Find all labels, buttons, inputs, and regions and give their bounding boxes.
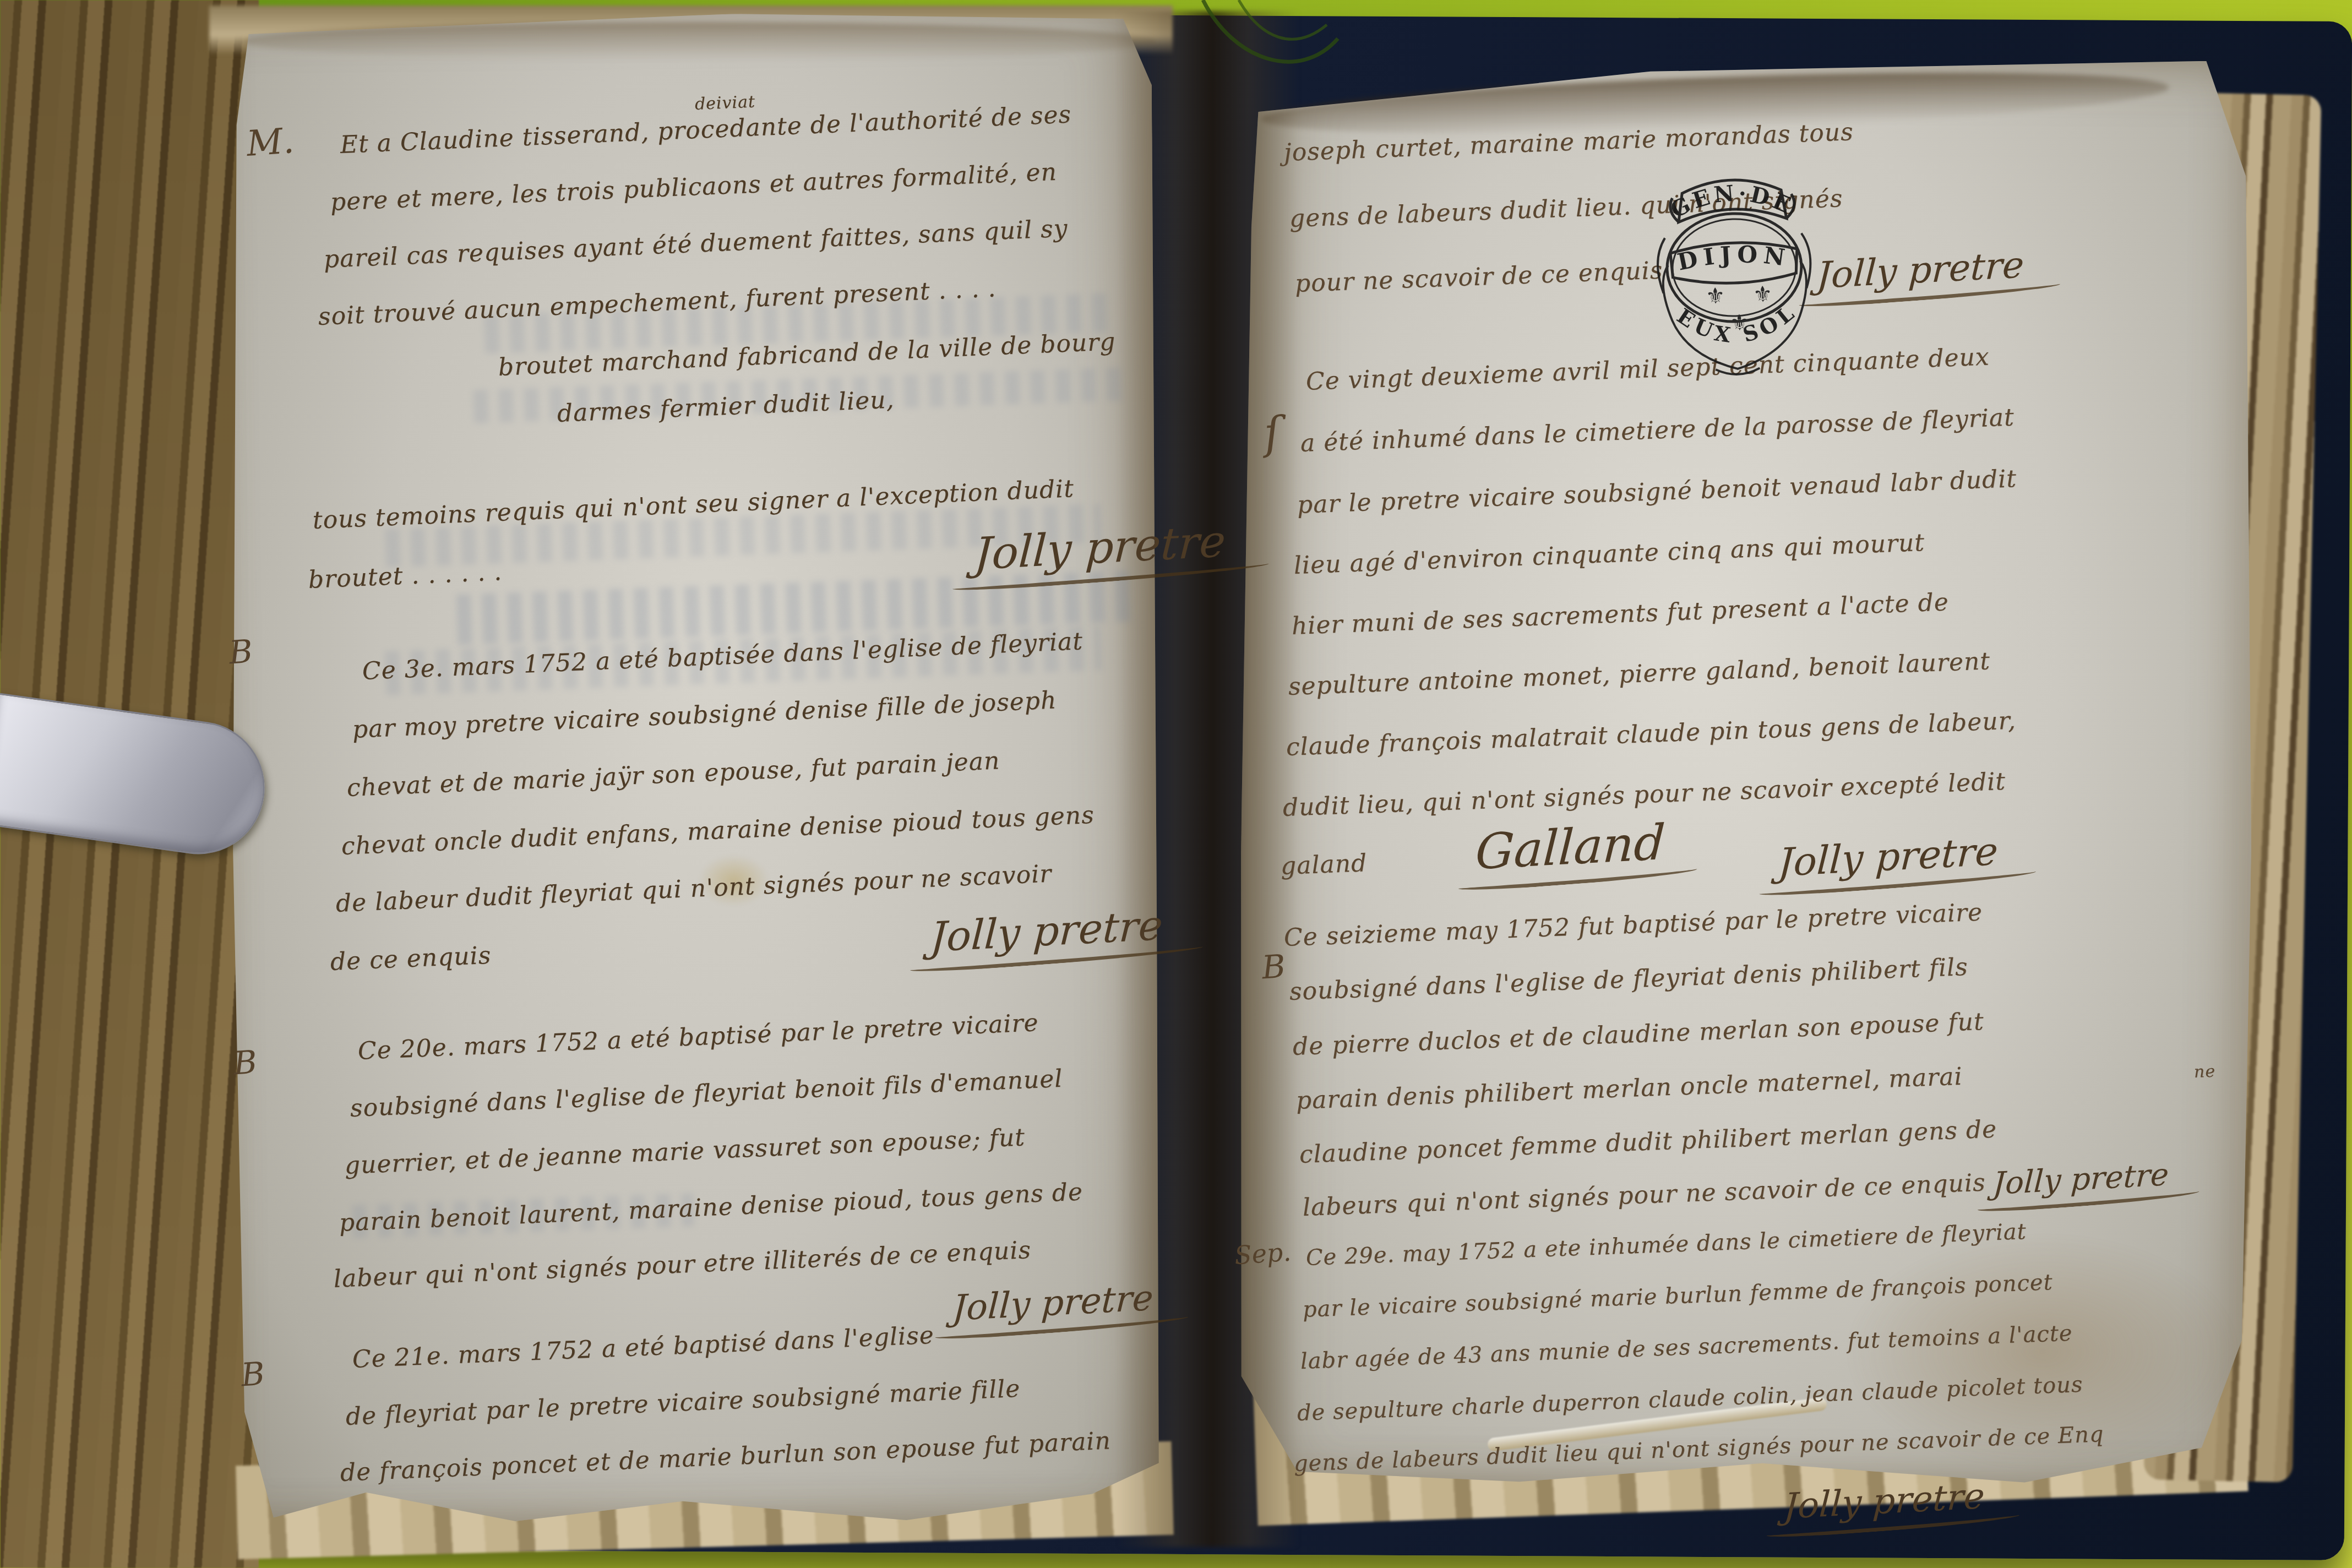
margin-mark-b: B (1261, 948, 1287, 987)
margin-mark-b: B (228, 633, 254, 672)
manuscript-line: galand (1280, 849, 1368, 880)
bookmark-threads (1151, 0, 1382, 121)
photograph-of-open-register: M. deiviat Et a Claudine tisserand, proc… (0, 0, 2352, 1568)
left-page-top-shadow (242, 22, 1156, 61)
svg-text:DIJON: DIJON (1675, 239, 1793, 276)
witness-signature-galland: Galland (1474, 814, 1666, 880)
margin-mark-sep: Sep. (1233, 1237, 1292, 1270)
fleur-de-lis-icon: ⚜ (1705, 284, 1725, 309)
margin-mark-b: B (232, 1043, 258, 1082)
margin-mark-b: B (240, 1355, 266, 1394)
stamp-text-dijon: DIJON (1675, 239, 1793, 276)
fleur-de-lis-icon: ⚜ (1752, 282, 1773, 308)
interline-note: deiviat (694, 92, 755, 114)
fleur-de-lis-icon: ⚜ (1729, 310, 1750, 336)
margin-mark-s: ſ (1262, 407, 1282, 459)
interline-note: ne (2193, 1062, 2215, 1082)
margin-mark-m: M. (246, 121, 296, 165)
dijon-tax-stamp: GEN·DE DIJON DEUX SOLS ⚜ ⚜ ⚜ (1642, 150, 1826, 388)
